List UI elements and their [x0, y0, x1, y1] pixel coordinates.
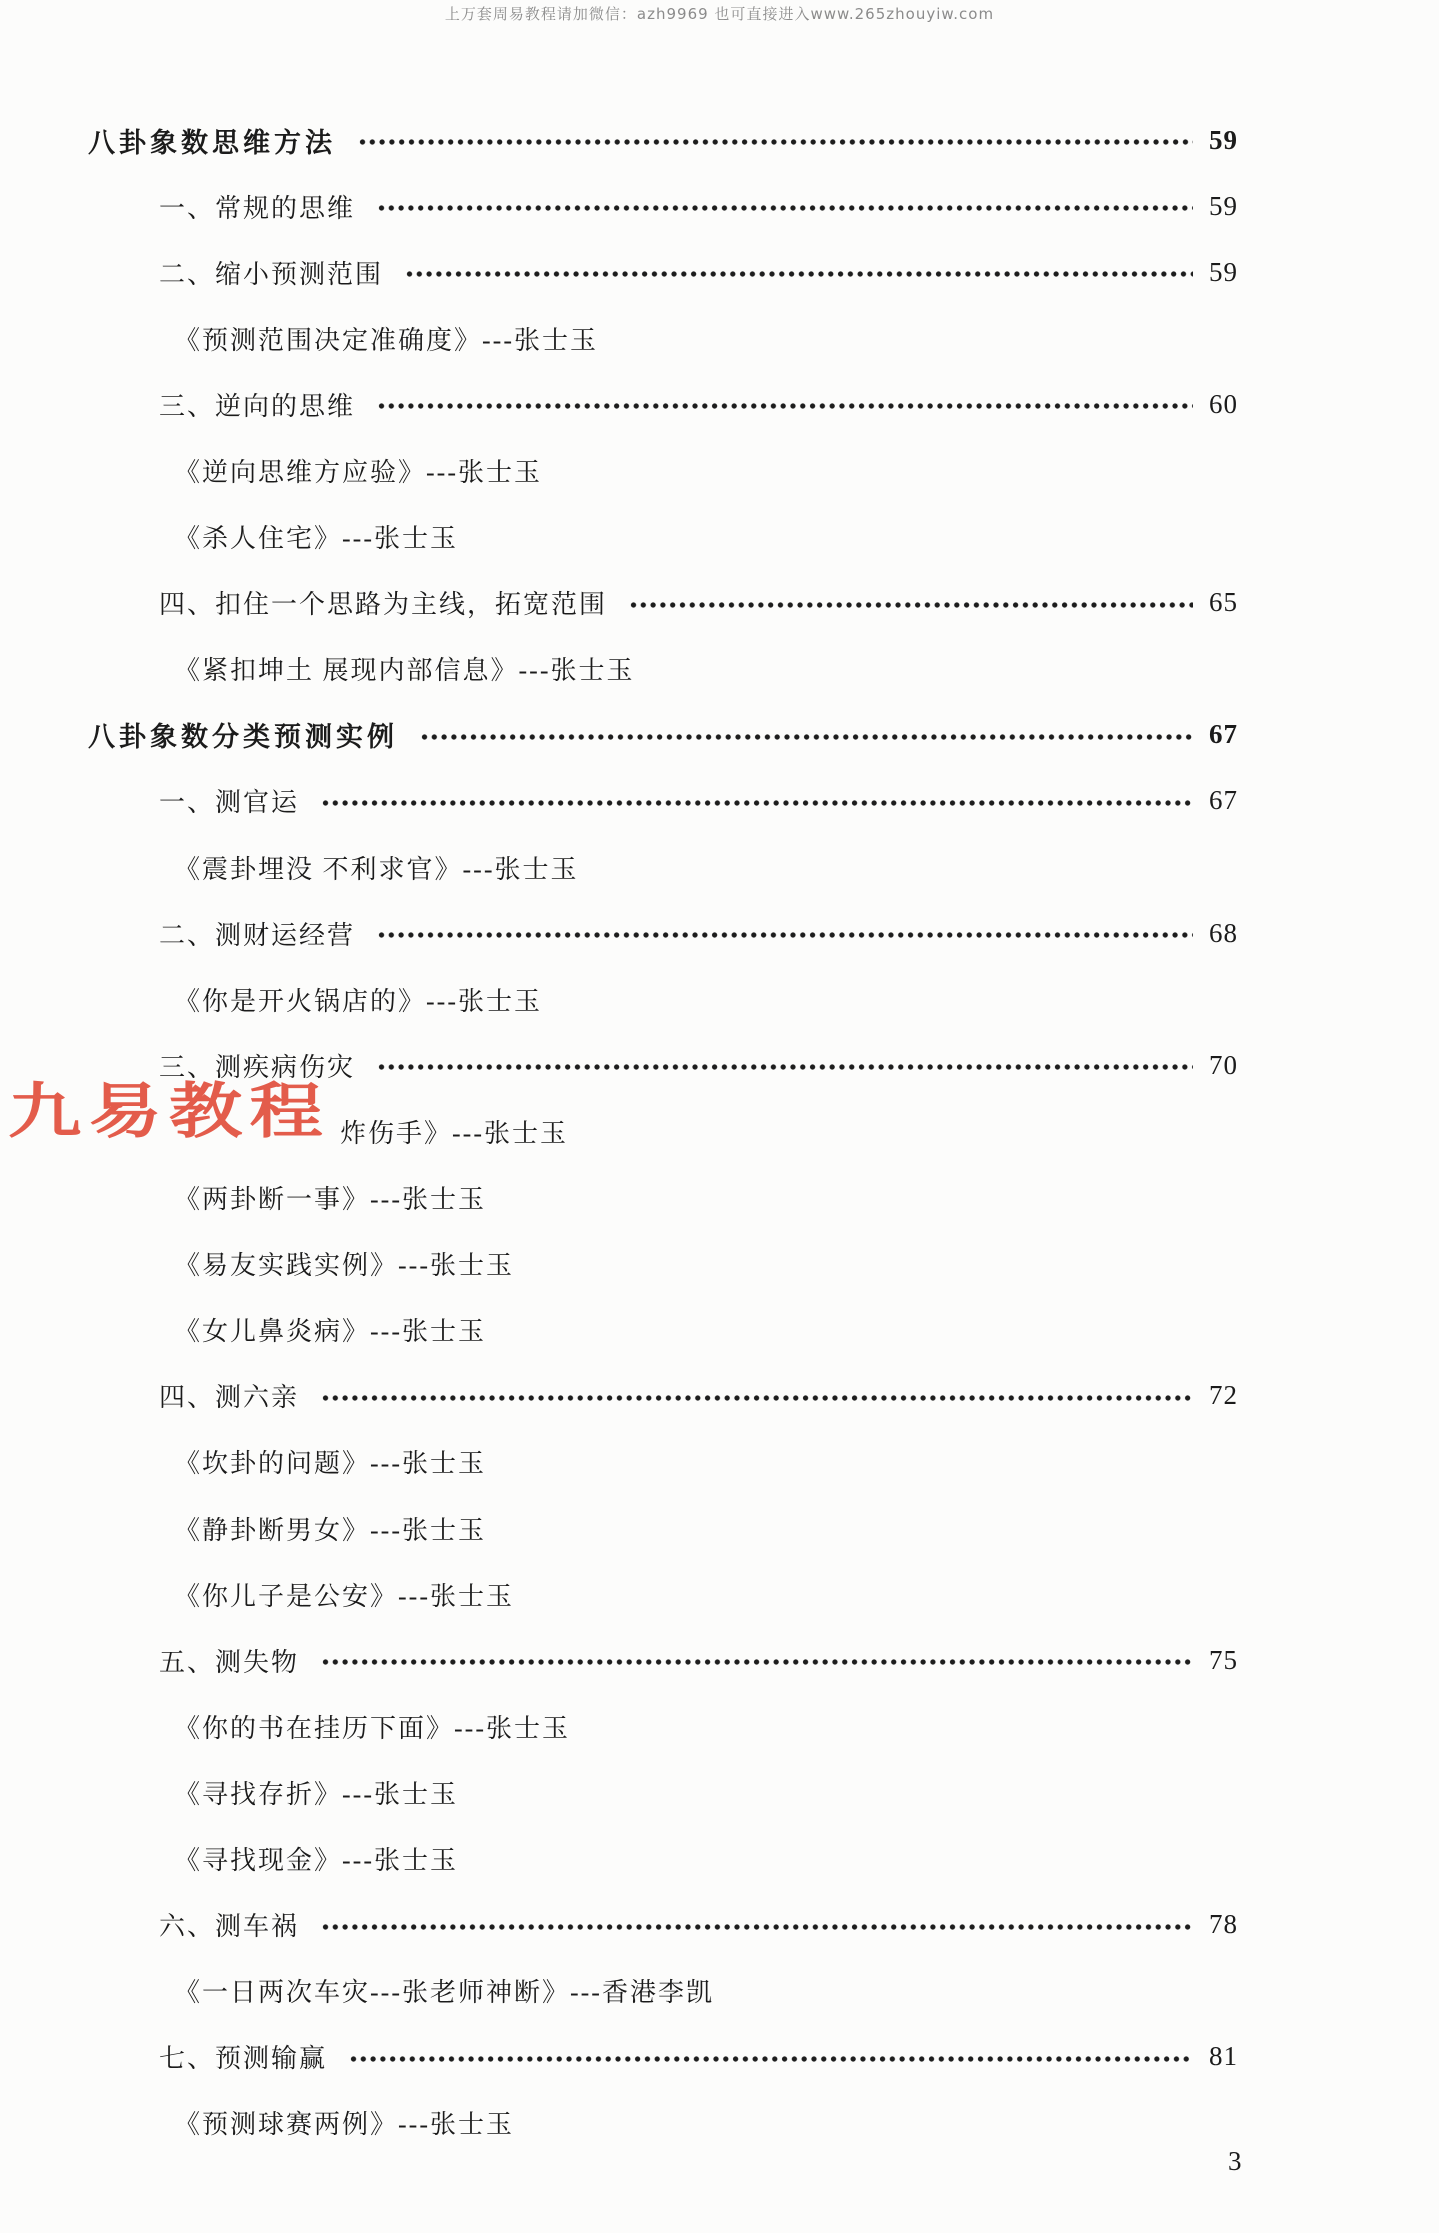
toc-entry-title: 《寻找存折》---张士玉 — [174, 1774, 458, 1811]
toc-entry: 《易友实践实例》---张士玉 — [0, 1231, 1439, 1297]
toc-entry-page-number: 59 — [1209, 257, 1265, 288]
dot-leader — [321, 1393, 1193, 1403]
toc-entry-title: 《震卦埋没 不利求官》---张士玉 — [174, 849, 578, 886]
dot-leader — [377, 1062, 1193, 1072]
dot-leader — [377, 401, 1193, 411]
dot-leader — [377, 203, 1193, 213]
toc-entry-page-number: 67 — [1209, 785, 1265, 816]
toc-entry-page-number: 75 — [1209, 1645, 1265, 1676]
toc-entry: 二、测财运经营68 — [0, 900, 1439, 966]
toc-entry: 《杀人住宅》---张士玉 — [0, 504, 1439, 570]
toc-entry: 六、测车祸78 — [0, 1892, 1439, 1958]
toc-entry-title: 《逆向思维方应验》---张士玉 — [174, 452, 542, 489]
toc-entry: 三、测疾病伤灾70 — [0, 1032, 1439, 1098]
toc-entry-title: 《预测球赛两例》---张士玉 — [174, 2104, 514, 2141]
toc-entry-title: 《紧扣坤土 展现内部信息》---张士玉 — [174, 650, 634, 687]
toc-entry-page-number: 68 — [1209, 918, 1265, 949]
toc-entry-title: 《杀人住宅》---张士玉 — [174, 518, 458, 555]
toc-entry: 《预测范围决定准确度》---张士玉 — [0, 305, 1439, 371]
toc-entry-title: 二、测财运经营 — [159, 915, 355, 952]
toc-entry-page-number: 81 — [1209, 2041, 1265, 2072]
toc-entry-title: 五、测失物 — [159, 1642, 299, 1679]
toc-entry: 一、测官运67 — [0, 768, 1439, 834]
toc-entry: 《紧扣坤土 展现内部信息》---张士玉 — [0, 636, 1439, 702]
toc-entry: 《震卦埋没 不利求官》---张士玉 — [0, 834, 1439, 900]
toc-entry: 三、逆向的思维60 — [0, 371, 1439, 437]
toc-entry-title: 一、测官运 — [159, 782, 299, 819]
dot-leader — [405, 269, 1193, 279]
table-of-contents: 八卦象数思维方法59一、常规的思维59二、缩小预测范围59《预测范围决定准确度》… — [0, 107, 1439, 2156]
toc-entry: 七、预测输赢81 — [0, 2024, 1439, 2090]
dot-leader — [420, 732, 1193, 742]
toc-entry-page-number: 72 — [1209, 1380, 1265, 1411]
toc-entry-page-number: 70 — [1209, 1050, 1265, 1081]
toc-entry-title: 《易友实践实例》---张士玉 — [174, 1245, 514, 1282]
toc-entry-title: 四、测六亲 — [159, 1377, 299, 1414]
toc-entry-title: 《你是开火锅店的》---张士玉 — [174, 981, 542, 1018]
toc-entry-title-partially-obscured: 炸伤手》---张士玉 — [340, 1113, 568, 1150]
toc-entry-title: 二、缩小预测范围 — [159, 254, 383, 291]
toc-entry: 《坎卦的问题》---张士玉 — [0, 1429, 1439, 1495]
toc-entry-page-number: 65 — [1209, 587, 1265, 618]
toc-entry-title: 《寻找现金》---张士玉 — [174, 1840, 458, 1877]
toc-entry-title: 八卦象数思维方法 — [88, 121, 336, 160]
toc-entry: 《逆向思维方应验》---张士玉 — [0, 437, 1439, 503]
toc-entry: 《女儿鼻炎病》---张士玉 — [0, 1297, 1439, 1363]
toc-entry-title: 六、测车祸 — [159, 1906, 299, 1943]
toc-entry-title: 《你儿子是公安》---张士玉 — [174, 1576, 514, 1613]
toc-entry: 炸伤手》---张士玉 — [0, 1098, 1439, 1164]
toc-entry: 四、扣住一个思路为主线，拓宽范围65 — [0, 570, 1439, 636]
toc-entry-title: 《坎卦的问题》---张士玉 — [174, 1443, 486, 1480]
toc-entry: 八卦象数分类预测实例67 — [0, 702, 1439, 768]
toc-entry-title: 《一日两次车灾---张老师神断》---香港李凯 — [174, 1972, 714, 2009]
scanned-toc-page: 上万套周易教程请加微信：azh9969 也可直接进入www.265zhouyiw… — [0, 0, 1439, 2233]
dot-leader — [349, 2054, 1193, 2064]
toc-entry: 《寻找存折》---张士玉 — [0, 1759, 1439, 1825]
toc-entry-title: 七、预测输赢 — [159, 2038, 327, 2075]
dot-leader — [629, 600, 1193, 610]
toc-entry-title: 一、常规的思维 — [159, 188, 355, 225]
toc-entry: 《你儿子是公安》---张士玉 — [0, 1561, 1439, 1627]
toc-entry-title: 八卦象数分类预测实例 — [88, 715, 398, 754]
toc-entry-page-number: 59 — [1209, 125, 1265, 156]
dot-leader — [321, 798, 1193, 808]
dot-leader — [321, 1922, 1193, 1932]
toc-entry: 五、测失物75 — [0, 1627, 1439, 1693]
toc-entry-title: 《两卦断一事》---张士玉 — [174, 1179, 486, 1216]
toc-entry-title: 三、逆向的思维 — [159, 386, 355, 423]
toc-entry-title: 三、测疾病伤灾 — [159, 1047, 355, 1084]
dot-leader — [321, 1657, 1193, 1667]
toc-entry: 四、测六亲72 — [0, 1363, 1439, 1429]
toc-entry: 二、缩小预测范围59 — [0, 239, 1439, 305]
toc-entry: 《预测球赛两例》---张士玉 — [0, 2090, 1439, 2156]
header-promo-text: 上万套周易教程请加微信：azh9969 也可直接进入www.265zhouyiw… — [0, 4, 1439, 24]
toc-entry-title: 《静卦断男女》---张士玉 — [174, 1510, 486, 1547]
toc-entry: 《静卦断男女》---张士玉 — [0, 1495, 1439, 1561]
toc-entry-page-number: 59 — [1209, 191, 1265, 222]
toc-entry-page-number: 60 — [1209, 389, 1265, 420]
toc-entry: 《寻找现金》---张士玉 — [0, 1825, 1439, 1891]
toc-entry-page-number: 67 — [1209, 719, 1265, 750]
dot-leader — [377, 930, 1193, 940]
toc-entry: 《两卦断一事》---张士玉 — [0, 1165, 1439, 1231]
toc-entry: 《你是开火锅店的》---张士玉 — [0, 966, 1439, 1032]
toc-entry: 八卦象数思维方法59 — [0, 107, 1439, 173]
toc-entry: 《你的书在挂历下面》---张士玉 — [0, 1693, 1439, 1759]
toc-entry-page-number: 78 — [1209, 1909, 1265, 1940]
toc-entry: 《一日两次车灾---张老师神断》---香港李凯 — [0, 1958, 1439, 2024]
toc-entry-title: 《女儿鼻炎病》---张士玉 — [174, 1311, 486, 1348]
toc-entry: 一、常规的思维59 — [0, 173, 1439, 239]
toc-entry-title: 《预测范围决定准确度》---张士玉 — [174, 320, 598, 357]
folio-page-number: 3 — [1228, 2146, 1242, 2177]
dot-leader — [358, 137, 1193, 147]
toc-entry-title: 四、扣住一个思路为主线，拓宽范围 — [159, 584, 607, 621]
toc-entry-title: 《你的书在挂历下面》---张士玉 — [174, 1708, 570, 1745]
